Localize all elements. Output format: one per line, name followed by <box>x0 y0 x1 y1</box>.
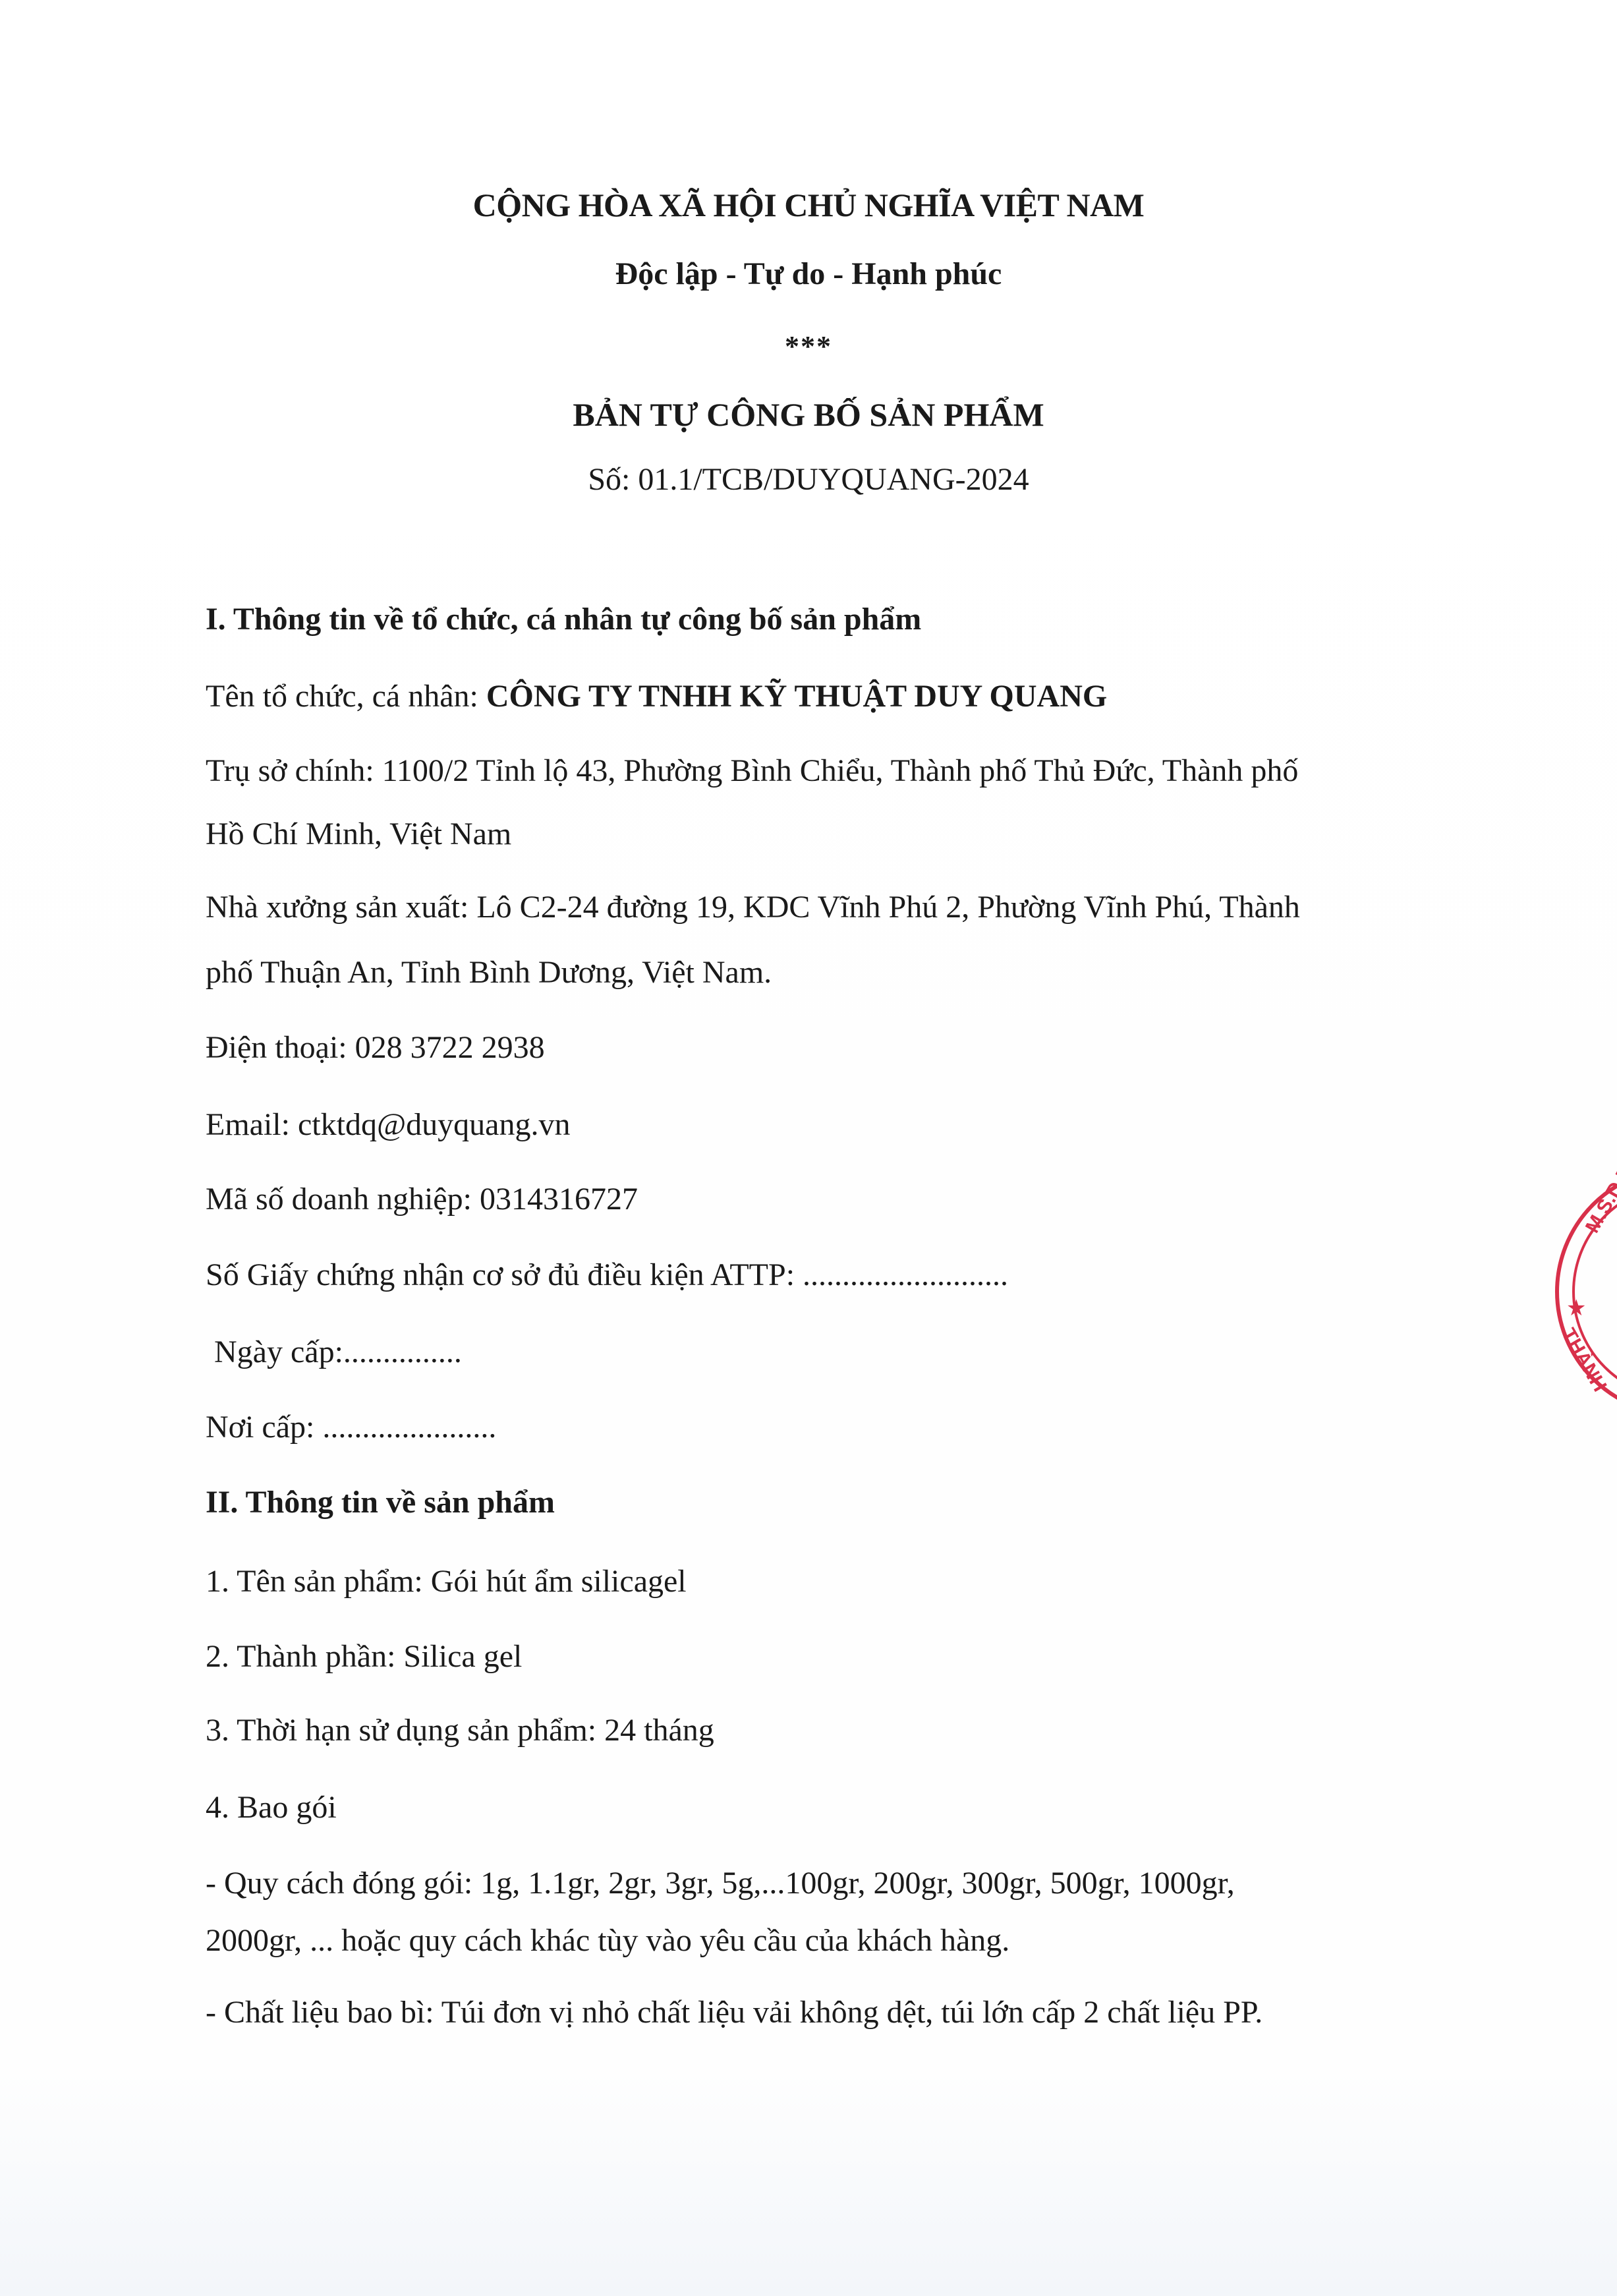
document-title: BẢN TỰ CÔNG BỐ SẢN PHẨM <box>0 395 1617 434</box>
document-number: Số: 01.1/TCB/DUYQUANG-2024 <box>0 461 1617 498</box>
factory-line-1: Nhà xưởng sản xuất: Lô C2-24 đường 19, K… <box>206 888 1300 927</box>
product-name-line: 1. Tên sản phẩm: Gói hút ẩm silicagel <box>206 1562 687 1601</box>
tax-code-line: Mã số doanh nghiệp: 0314316727 <box>206 1180 638 1219</box>
section-1-heading: I. Thông tin về tổ chức, cá nhân tự công… <box>206 600 921 639</box>
packaging-spec-line-2: 2000gr, ... hoặc quy cách khác tùy vào y… <box>206 1921 1009 1961</box>
section-2-heading: II. Thông tin về sản phẩm <box>206 1483 555 1522</box>
org-name-line: Tên tổ chức, cá nhân: CÔNG TY TNHH KỸ TH… <box>206 677 1107 716</box>
head-office-line-1: Trụ sở chính: 1100/2 Tỉnh lộ 43, Phường … <box>206 751 1298 791</box>
packaging-material-line: - Chất liệu bao bì: Túi đơn vị nhỏ chất … <box>206 1993 1262 2032</box>
national-motto: Độc lập - Tự do - Hạnh phúc <box>0 256 1617 292</box>
issue-place-line: Nơi cấp: ...................... <box>206 1408 496 1447</box>
ingredients-line: 2. Thành phần: Silica gel <box>206 1637 522 1677</box>
shelf-life-line: 3. Thời hạn sử dụng sản phẩm: 24 tháng <box>206 1711 714 1750</box>
head-office-line-2: Hồ Chí Minh, Việt Nam <box>206 815 511 854</box>
packaging-heading: 4. Bao gói <box>206 1788 337 1827</box>
food-safety-cert-line: Số Giấy chứng nhận cơ sở đủ điều kiện AT… <box>206 1255 1008 1295</box>
document-page: CỘNG HÒA XÃ HỘI CHỦ NGHĨA VIỆT NAM Độc l… <box>0 0 1617 2296</box>
nation-title: CỘNG HÒA XÃ HỘI CHỦ NGHĨA VIỆT NAM <box>0 186 1617 224</box>
phone-line: Điện thoại: 028 3722 2938 <box>206 1028 545 1068</box>
email-line: Email: ctktdq@duyquang.vn <box>206 1105 570 1145</box>
packaging-spec-line-1: - Quy cách đóng gói: 1g, 1.1gr, 2gr, 3gr… <box>206 1864 1235 1903</box>
stamp-star-icon: ★ <box>1566 1295 1586 1321</box>
org-name-label: Tên tổ chức, cá nhân: <box>206 679 486 714</box>
separator-stars: *** <box>0 330 1617 363</box>
issue-date-line: Ngày cấp:............... <box>214 1333 462 1372</box>
org-name-value: CÔNG TY TNHH KỸ THUẬT DUY QUANG <box>486 679 1107 714</box>
factory-line-2: phố Thuận An, Tỉnh Bình Dương, Việt Nam. <box>206 953 772 992</box>
